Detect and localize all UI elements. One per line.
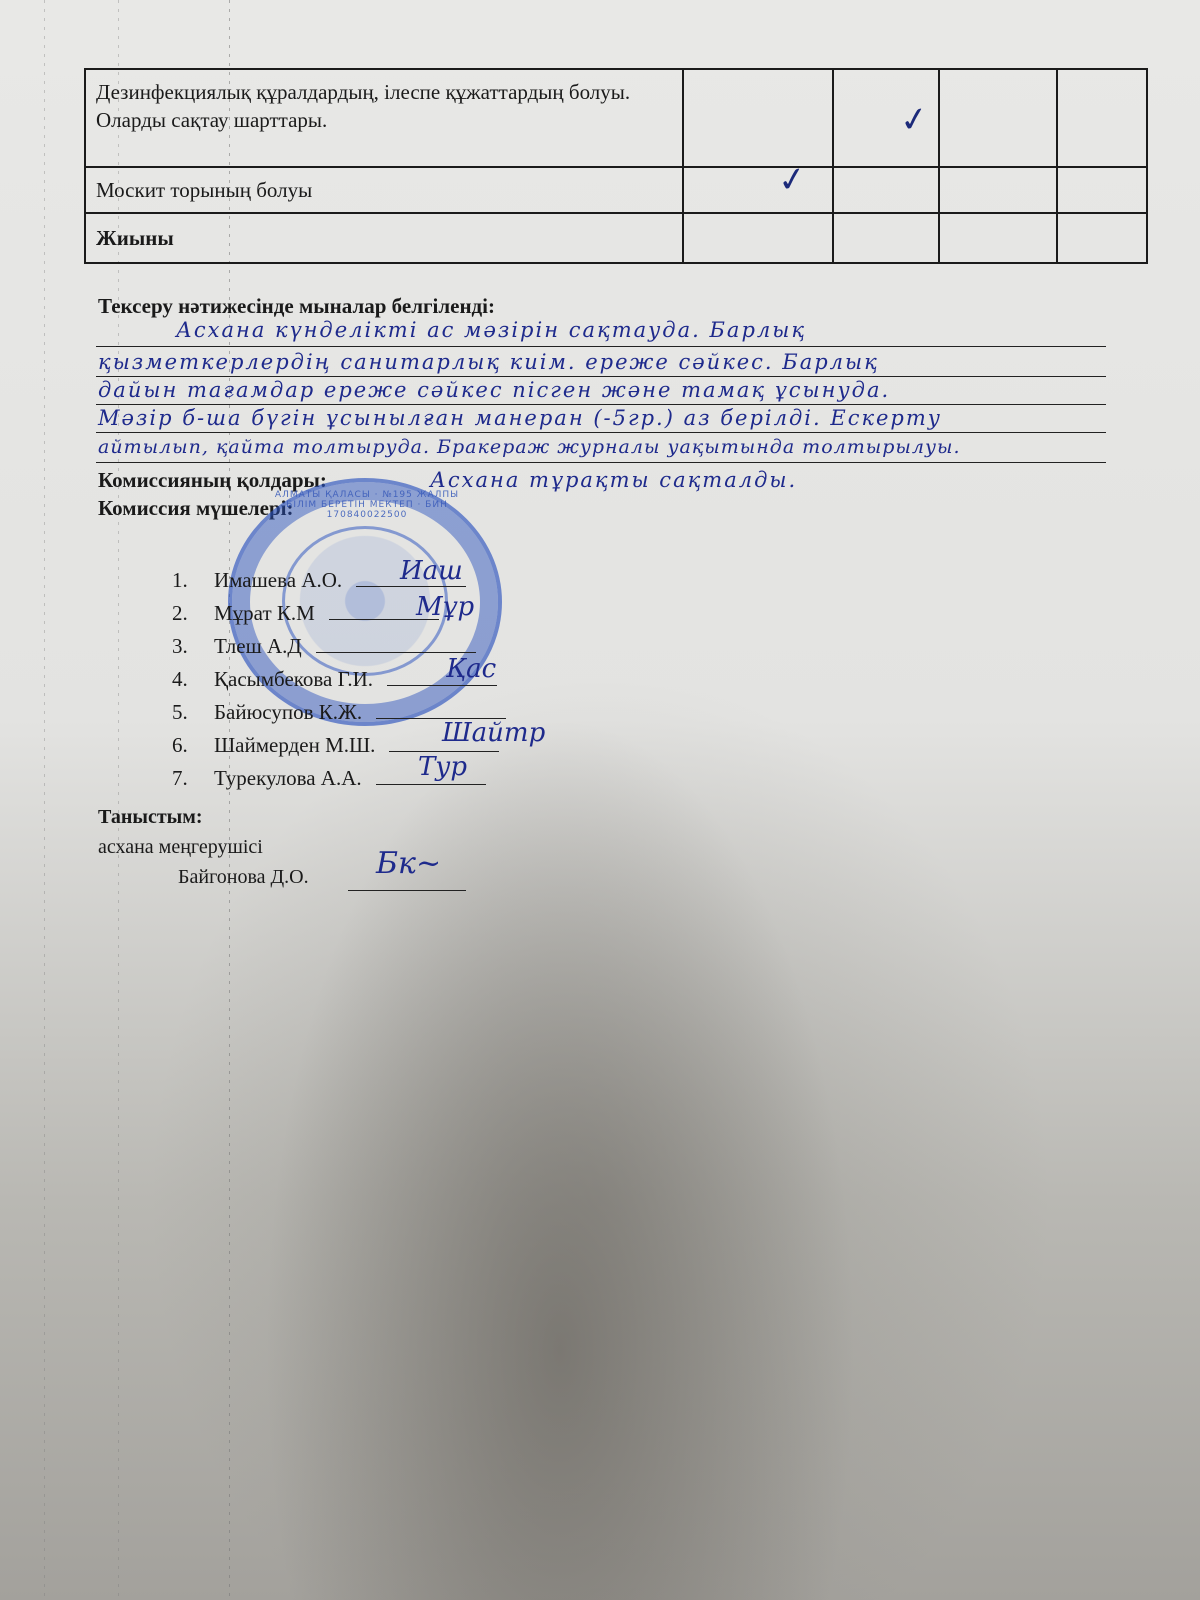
scan-streak — [44, 0, 45, 1600]
ruled-line — [96, 346, 1106, 347]
member-signature: Тур — [418, 752, 467, 782]
row-label: Жиыны — [85, 213, 683, 263]
check-cell — [1057, 213, 1147, 263]
ruled-line — [96, 432, 1106, 433]
check-cell — [939, 167, 1057, 213]
handwritten-finding: дайын тағамдар ереже сәйкес пісген және … — [98, 378, 890, 402]
table-row: Дезинфекциялық құралдардың, ілеспе құжат… — [85, 69, 1147, 167]
member-signature: Шайтр — [442, 718, 545, 748]
row-label: Дезинфекциялық құралдардың, ілеспе құжат… — [85, 69, 683, 167]
member-name: Қасымбекова Г.И. — [214, 663, 373, 696]
member-signature: Мұр — [416, 592, 474, 622]
signature-line — [348, 890, 466, 891]
handwritten-finding: қызметкерлердің санитарлық киім. ереже с… — [98, 350, 879, 374]
checkmark-icon: ✓ — [775, 158, 809, 202]
check-cell — [683, 167, 833, 213]
acknowledged-name: Байгонова Д.О. — [178, 866, 309, 889]
handwritten-finding: айтылып, қайта толтыруда. Бракераж журна… — [98, 436, 961, 458]
check-cell — [939, 69, 1057, 167]
stamp-text: АЛМАТЫ ҚАЛАСЫ · №195 ЖАЛПЫ БІЛІМ БЕРЕТІН… — [272, 490, 462, 520]
member-name: Шаймерден М.Ш. — [214, 729, 375, 762]
handwritten-finding: Мәзір б-ша бүгін ұсынылған манеран (-5гр… — [98, 406, 942, 430]
member-signature: Қас — [446, 654, 496, 684]
acknowledged-label: Таныстым: — [98, 806, 203, 829]
check-cell — [939, 213, 1057, 263]
inspection-table: Дезинфекциялық құралдардың, ілеспе құжат… — [84, 68, 1148, 264]
signature-line — [316, 630, 476, 653]
row-label: Москит торының болуы — [85, 167, 683, 213]
signature-line — [376, 696, 506, 719]
member-name: Турекулова А.А. — [214, 762, 362, 795]
handwritten-finding: Асхана күнделікті ас мәзірін сақтауда. Б… — [176, 318, 806, 342]
ruled-line — [96, 376, 1106, 377]
acknowledged-role: асхана меңгерушісі — [98, 836, 263, 859]
findings-heading: Тексеру нәтижесінде мыналар белгіленді: — [98, 294, 495, 319]
ruled-line — [96, 462, 1106, 463]
table-row-total: Жиыны — [85, 213, 1147, 263]
check-cell — [683, 213, 833, 263]
manager-signature: Бк~ — [376, 846, 441, 881]
table-row: Москит торының болуы — [85, 167, 1147, 213]
ruled-line — [96, 404, 1106, 405]
check-cell — [683, 69, 833, 167]
member-name: Байюсупов К.Ж. — [214, 696, 362, 729]
check-cell — [833, 167, 939, 213]
member-name: Имашева А.О. — [214, 564, 342, 597]
checkmark-icon: ✓ — [897, 98, 931, 142]
check-cell — [833, 213, 939, 263]
check-cell — [1057, 69, 1147, 167]
handwritten-finding: Асхана тұрақты сақталды. — [430, 468, 797, 492]
member-signature: Иаш — [400, 556, 463, 586]
check-cell — [1057, 167, 1147, 213]
member-name: Мұрат К.М — [214, 597, 315, 630]
member-name: Тлеш А.Д — [214, 630, 302, 663]
